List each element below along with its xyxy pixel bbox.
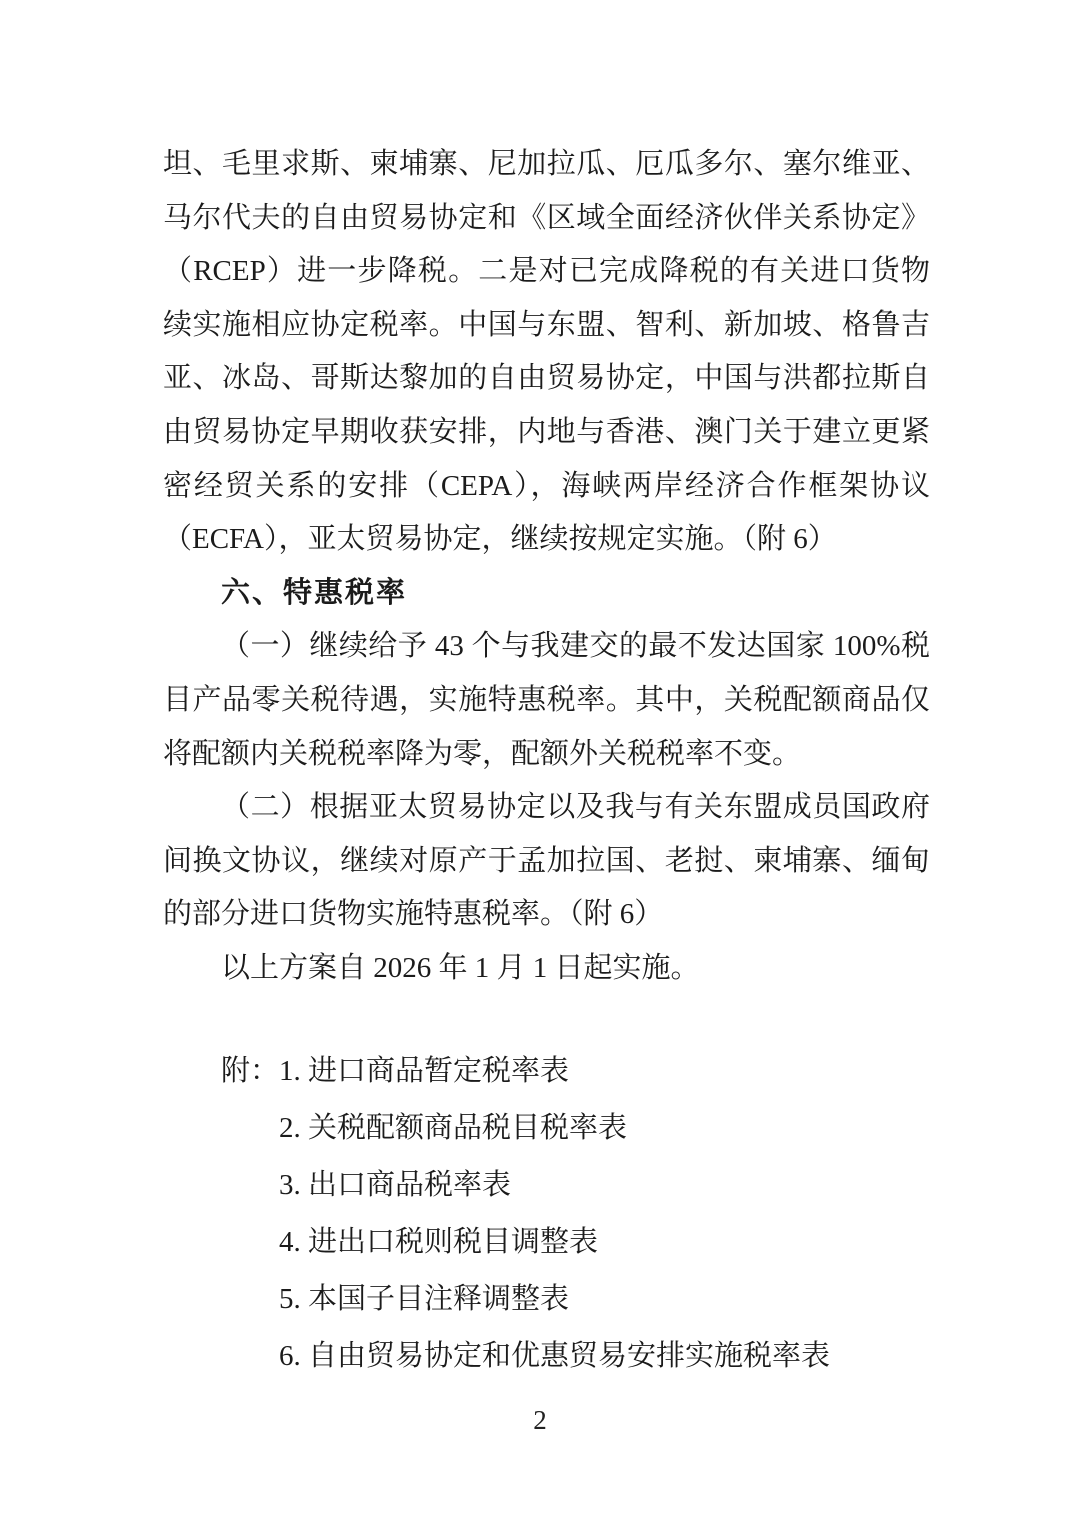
body-line: 将配额内关税税率降为零，配额外关税税率不变。 [163, 728, 930, 782]
body-line: （一）继续给予 43 个与我建交的最不发达国家 100%税 [163, 620, 930, 674]
section-heading: 六、特惠税率 [163, 567, 930, 621]
body-line: 坦、毛里求斯、柬埔寨、尼加拉瓜、厄瓜多尔、塞尔维亚、 [163, 138, 930, 192]
body-text-block: 坦、毛里求斯、柬埔寨、尼加拉瓜、厄瓜多尔、塞尔维亚、 马尔代夫的自由贸易协定和《… [163, 138, 930, 996]
body-line: 密经贸关系的安排（CEPA），海峡两岸经济合作框架协议 [163, 460, 930, 514]
attachment-label: 附： [221, 1055, 279, 1087]
document-page: 坦、毛里求斯、柬埔寨、尼加拉瓜、厄瓜多尔、塞尔维亚、 马尔代夫的自由贸易协定和《… [0, 0, 1080, 1527]
attachment-item: 6. 自由贸易协定和优惠贸易安排实施税率表 [163, 1328, 930, 1385]
body-line: 以上方案自 2026 年 1 月 1 日起实施。 [163, 942, 930, 996]
attachment-item: 附：1. 进口商品暂定税率表 [163, 1043, 930, 1100]
page-number: 2 [0, 1405, 1080, 1436]
body-line: 间换文协议，继续对原产于孟加拉国、老挝、柬埔寨、缅甸 [163, 835, 930, 889]
attachment-item: 4. 进出口税则税目调整表 [163, 1214, 930, 1271]
body-line: 马尔代夫的自由贸易协定和《区域全面经济伙伴关系协定》 [163, 192, 930, 246]
attachment-list: 附：1. 进口商品暂定税率表 2. 关税配额商品税目税率表 3. 出口商品税率表… [163, 1043, 930, 1385]
body-line: （RCEP）进一步降税。二是对已完成降税的有关进口货物继 [163, 245, 930, 299]
body-line: （ECFA），亚太贸易协定，继续按规定实施。（附 6） [163, 513, 930, 567]
attachment-item: 2. 关税配额商品税目税率表 [163, 1100, 930, 1157]
body-line: 亚、冰岛、哥斯达黎加的自由贸易协定，中国与洪都拉斯自 [163, 352, 930, 406]
body-line: 的部分进口货物实施特惠税率。（附 6） [163, 888, 930, 942]
attachment-item-text: 1. 进口商品暂定税率表 [279, 1055, 569, 1087]
attachment-item: 5. 本国子目注释调整表 [163, 1271, 930, 1328]
body-line: 由贸易协定早期收获安排，内地与香港、澳门关于建立更紧 [163, 406, 930, 460]
body-line: 目产品零关税待遇，实施特惠税率。其中，关税配额商品仅 [163, 674, 930, 728]
attachment-item: 3. 出口商品税率表 [163, 1157, 930, 1214]
body-line: （二）根据亚太贸易协定以及我与有关东盟成员国政府 [163, 781, 930, 835]
body-line: 续实施相应协定税率。中国与东盟、智利、新加坡、格鲁吉 [163, 299, 930, 353]
